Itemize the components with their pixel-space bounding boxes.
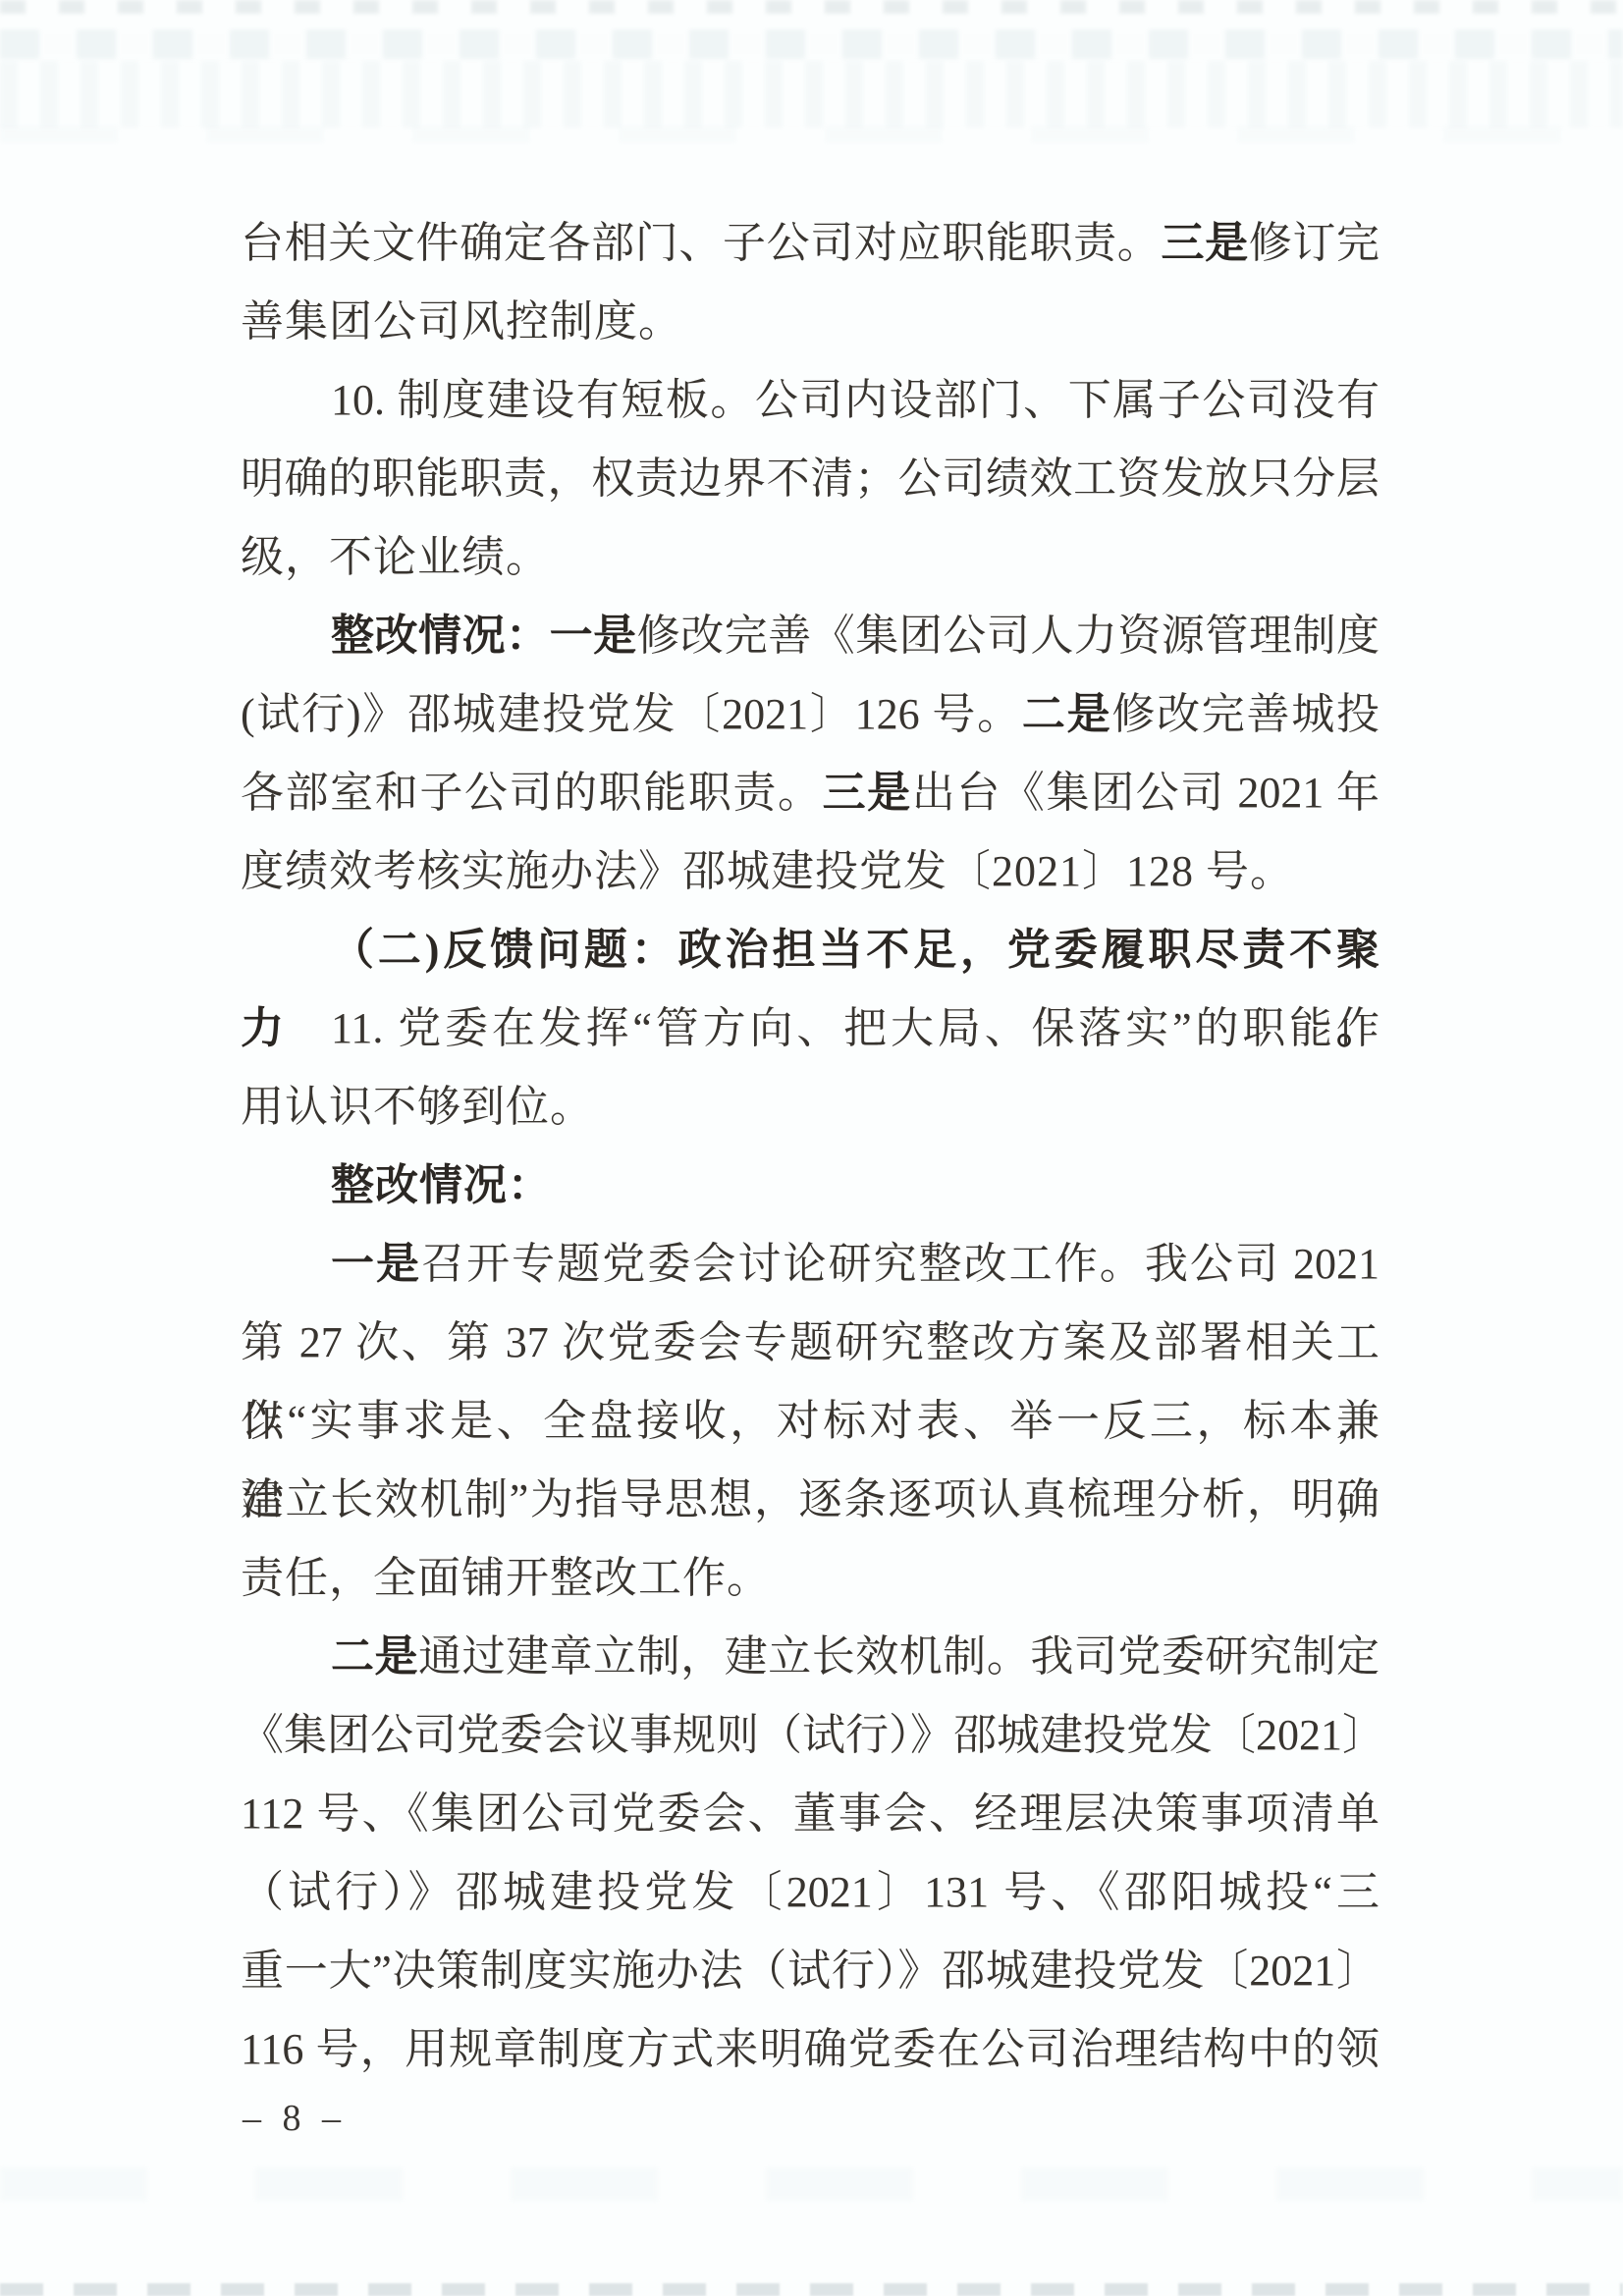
text-segment: 重一大”决策制度实施办法（试行）》邵城建投党发〔2021〕 <box>241 1947 1380 1995</box>
text-segment: 一是 <box>331 1240 421 1288</box>
text-line: 台相关文件确定各部门、子公司对应职能职责。三是修订完 <box>241 204 1380 283</box>
text-segment: 召开专题党委会讨论研究整改工作。我公司 2021 <box>421 1240 1380 1288</box>
text-line: （试行）》邵城建投党发〔2021〕131 号、《邵阳城投“三 <box>241 1853 1380 1932</box>
text-segment: 116 号，用规章制度方式来明确党委在公司治理结构中的领 <box>241 2025 1380 2073</box>
text-line: 建立长效机制”为指导思想，逐条逐项认真梳理分析，明确 <box>241 1461 1380 1539</box>
text-segment: 各部室和子公司的职能职责。 <box>241 769 823 817</box>
text-segment: 建立长效机制”为指导思想，逐条逐项认真梳理分析，明确 <box>241 1475 1380 1523</box>
text-segment: 度绩效考核实施办法》邵城建投党发〔2021〕128 号。 <box>241 847 1294 895</box>
text-line: 各部室和子公司的职能职责。三是出台《集团公司 2021 年 <box>241 754 1380 832</box>
text-line: 级，不论业绩。 <box>241 518 1380 597</box>
text-line: 责任，全面铺开整改工作。 <box>241 1539 1380 1618</box>
text-segment: 通过建章立制，建立长效机制。我司党委研究制定 <box>418 1632 1380 1681</box>
text-segment: 修改完善城投 <box>1111 690 1380 738</box>
text-line: 112 号、《集团公司党委会、董事会、经理层决策事项清单 <box>241 1775 1380 1853</box>
text-segment: 11. 党委在发挥“管方向、把大局、保落实”的职能作 <box>331 1004 1380 1052</box>
text-line: （二)反馈问题：政治担当不足，党委履职尽责不聚力。 <box>241 911 1380 989</box>
text-segment: 用认识不够到位。 <box>241 1083 594 1131</box>
document-page: 台相关文件确定各部门、子公司对应职能职责。三是修订完善集团公司风控制度。10. … <box>0 0 1623 2296</box>
text-line: 二是通过建章立制，建立长效机制。我司党委研究制定 <box>241 1618 1380 1696</box>
text-line: 以“实事求是、全盘接收，对标对表、举一反三，标本兼治， <box>241 1382 1380 1461</box>
text-line: 10. 制度建设有短板。公司内设部门、下属子公司没有 <box>241 361 1380 440</box>
text-segment: 二是 <box>331 1632 418 1681</box>
text-line: 整改情况：一是修改完善《集团公司人力资源管理制度 <box>241 597 1380 675</box>
text-segment: (试行)》邵城建投党发〔2021〕126 号。 <box>241 690 1022 738</box>
page-number: – 8 – <box>243 2098 347 2139</box>
scan-artifact-bottom-band <box>0 2167 1623 2201</box>
text-segment: 修改完善《集团公司人力资源管理制度 <box>637 612 1380 660</box>
text-segment: 三是 <box>823 769 912 817</box>
text-line: 度绩效考核实施办法》邵城建投党发〔2021〕128 号。 <box>241 832 1380 911</box>
text-line: 第 27 次、第 37 次党委会专题研究整改方案及部署相关工作， <box>241 1304 1380 1382</box>
text-segment: 善集团公司风控制度。 <box>241 297 682 346</box>
text-line: 一是召开专题党委会讨论研究整改工作。我公司 2021 <box>241 1225 1380 1304</box>
text-line: 116 号，用规章制度方式来明确党委在公司治理结构中的领 <box>241 2010 1380 2089</box>
text-line: 明确的职能职责，权责边界不清；公司绩效工资发放只分层 <box>241 440 1380 518</box>
scan-artifact-bottom-edge <box>0 2283 1623 2296</box>
scan-artifact-ghost-text <box>0 61 1623 128</box>
text-line: 用认识不够到位。 <box>241 1068 1380 1147</box>
text-segment: 二是 <box>1022 690 1111 738</box>
text-line: 《集团公司党委会议事规则（试行）》邵城建投党发〔2021〕 <box>241 1696 1380 1775</box>
text-segment: 112 号、《集团公司党委会、董事会、经理层决策事项清单 <box>241 1789 1380 1838</box>
text-segment: 整改情况： <box>331 1161 552 1209</box>
text-segment: 整改情况： <box>331 612 550 660</box>
scan-artifact-faint-band <box>0 126 1623 143</box>
text-segment: （试行）》邵城建投党发〔2021〕131 号、《邵阳城投“三 <box>241 1868 1380 1916</box>
text-segment: 一是 <box>550 612 637 660</box>
text-line: (试行)》邵城建投党发〔2021〕126 号。二是修改完善城投 <box>241 675 1380 754</box>
text-segment: 修订完 <box>1249 219 1380 267</box>
page-footer: – 8 – <box>243 2097 347 2140</box>
text-segment: 出台《集团公司 2021 年 <box>912 769 1380 817</box>
text-segment: 《集团公司党委会议事规则（试行）》邵城建投党发〔2021〕 <box>241 1711 1385 1759</box>
text-segment: 三是 <box>1161 219 1248 267</box>
document-body: 台相关文件确定各部门、子公司对应职能职责。三是修订完善集团公司风控制度。10. … <box>241 204 1380 2089</box>
text-segment: 责任，全面铺开整改工作。 <box>241 1554 771 1602</box>
text-line: 11. 党委在发挥“管方向、把大局、保落实”的职能作 <box>241 989 1380 1068</box>
text-segment: 10. 制度建设有短板。公司内设部门、下属子公司没有 <box>331 376 1380 424</box>
scan-artifact-top-band <box>0 29 1623 59</box>
text-segment: 台相关文件确定各部门、子公司对应职能职责。 <box>241 219 1161 267</box>
text-segment: 级，不论业绩。 <box>241 533 550 581</box>
text-line: 重一大”决策制度实施办法（试行）》邵城建投党发〔2021〕 <box>241 1932 1380 2010</box>
text-line: 善集团公司风控制度。 <box>241 283 1380 361</box>
text-line: 整改情况： <box>241 1147 1380 1225</box>
scan-artifact-top-edge <box>0 0 1623 14</box>
text-segment: 明确的职能职责，权责边界不清；公司绩效工资发放只分层 <box>241 454 1380 503</box>
